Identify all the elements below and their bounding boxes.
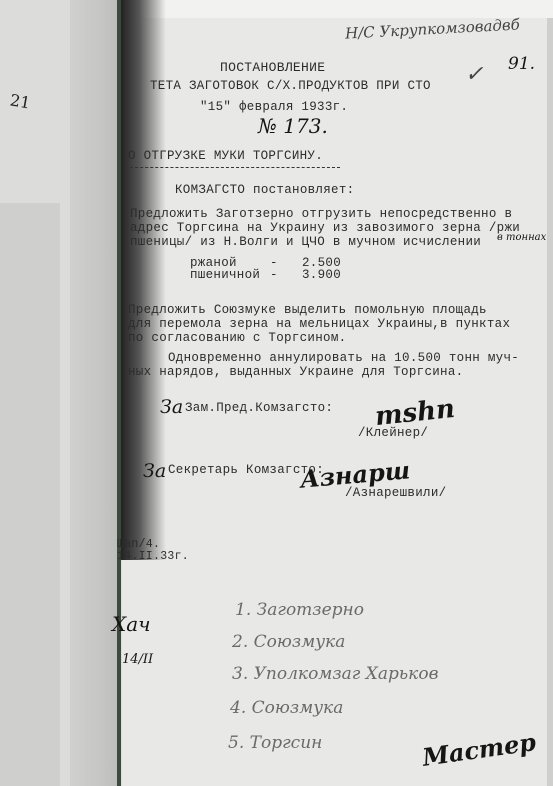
- distribution-item: 1. Заготзерно: [235, 600, 364, 620]
- subject-underline: [125, 167, 340, 168]
- paragraph3-line1: Одновременно аннулировать на 10.500 тонн…: [168, 351, 519, 365]
- paragraph2-line3: по согласованию с Торгсином.: [128, 331, 346, 345]
- quantity-dash: -: [270, 268, 278, 282]
- paragraph1-line3: пшеницы/ из Н.Волги и ЦЧО в мучном исчис…: [130, 235, 481, 249]
- quantity-value: 3.900: [302, 268, 341, 282]
- distribution-item: 2. Союзмука: [232, 632, 345, 652]
- subject-line: О ОТГРУЗКЕ МУКИ ТОРГСИНУ.: [128, 149, 323, 163]
- folio-number: 91.: [508, 54, 535, 74]
- distribution-item: 5. Торгсин: [228, 733, 322, 753]
- checkmark-icon: ✓: [465, 62, 483, 87]
- date-line: "15" февраля 1933г.: [200, 100, 348, 114]
- handwritten-addition: в тоннах: [497, 232, 546, 243]
- signature-prefix: За: [143, 460, 166, 482]
- signatory-name: /Азнарешвили/: [345, 486, 446, 500]
- left-page-lower-sheet: [0, 203, 60, 786]
- paragraph1-line1: Предложить Заготзерно отгрузить непосред…: [130, 207, 512, 221]
- signature-prefix: За: [160, 396, 183, 418]
- top-margin-strip: [140, 0, 553, 18]
- left-page-number: 21: [9, 90, 32, 112]
- page-right-edge: [547, 18, 553, 786]
- paragraph3-line2: ных нарядов, выданных Украине для Торгси…: [128, 365, 463, 379]
- left-page-fold: [70, 0, 120, 786]
- margin-signature: Хач: [112, 612, 151, 636]
- paragraph2-line1: Предложить Союзмуке выделить помольную п…: [128, 303, 487, 317]
- document-number: № 173.: [258, 114, 328, 138]
- paragraph1-line2: адрес Торгсина на Украину из завозимого …: [130, 221, 520, 235]
- distribution-item: 4. Союзмука: [230, 698, 343, 718]
- signature-title: Зам.Пред.Комзагсто:: [185, 401, 333, 415]
- signatory-name: /Клейнер/: [358, 426, 428, 440]
- margin-date: 14/II: [122, 652, 153, 667]
- typist-date: 14.II.33г.: [117, 550, 189, 563]
- resolves-line: КОМЗАГСТО постановляет:: [175, 183, 354, 197]
- document-title: ПОСТАНОВЛЕНИЕ: [220, 60, 325, 75]
- organization-line: ТЕТА ЗАГОТОВОК С/Х.ПРОДУКТОВ ПРИ СТО: [150, 79, 431, 93]
- distribution-item: 3. Уполкомзаг Харьков: [232, 664, 438, 684]
- quantity-label: пшеничной: [190, 268, 260, 282]
- paragraph2-line2: для перемола зерна на мельницах Украины,…: [128, 317, 510, 331]
